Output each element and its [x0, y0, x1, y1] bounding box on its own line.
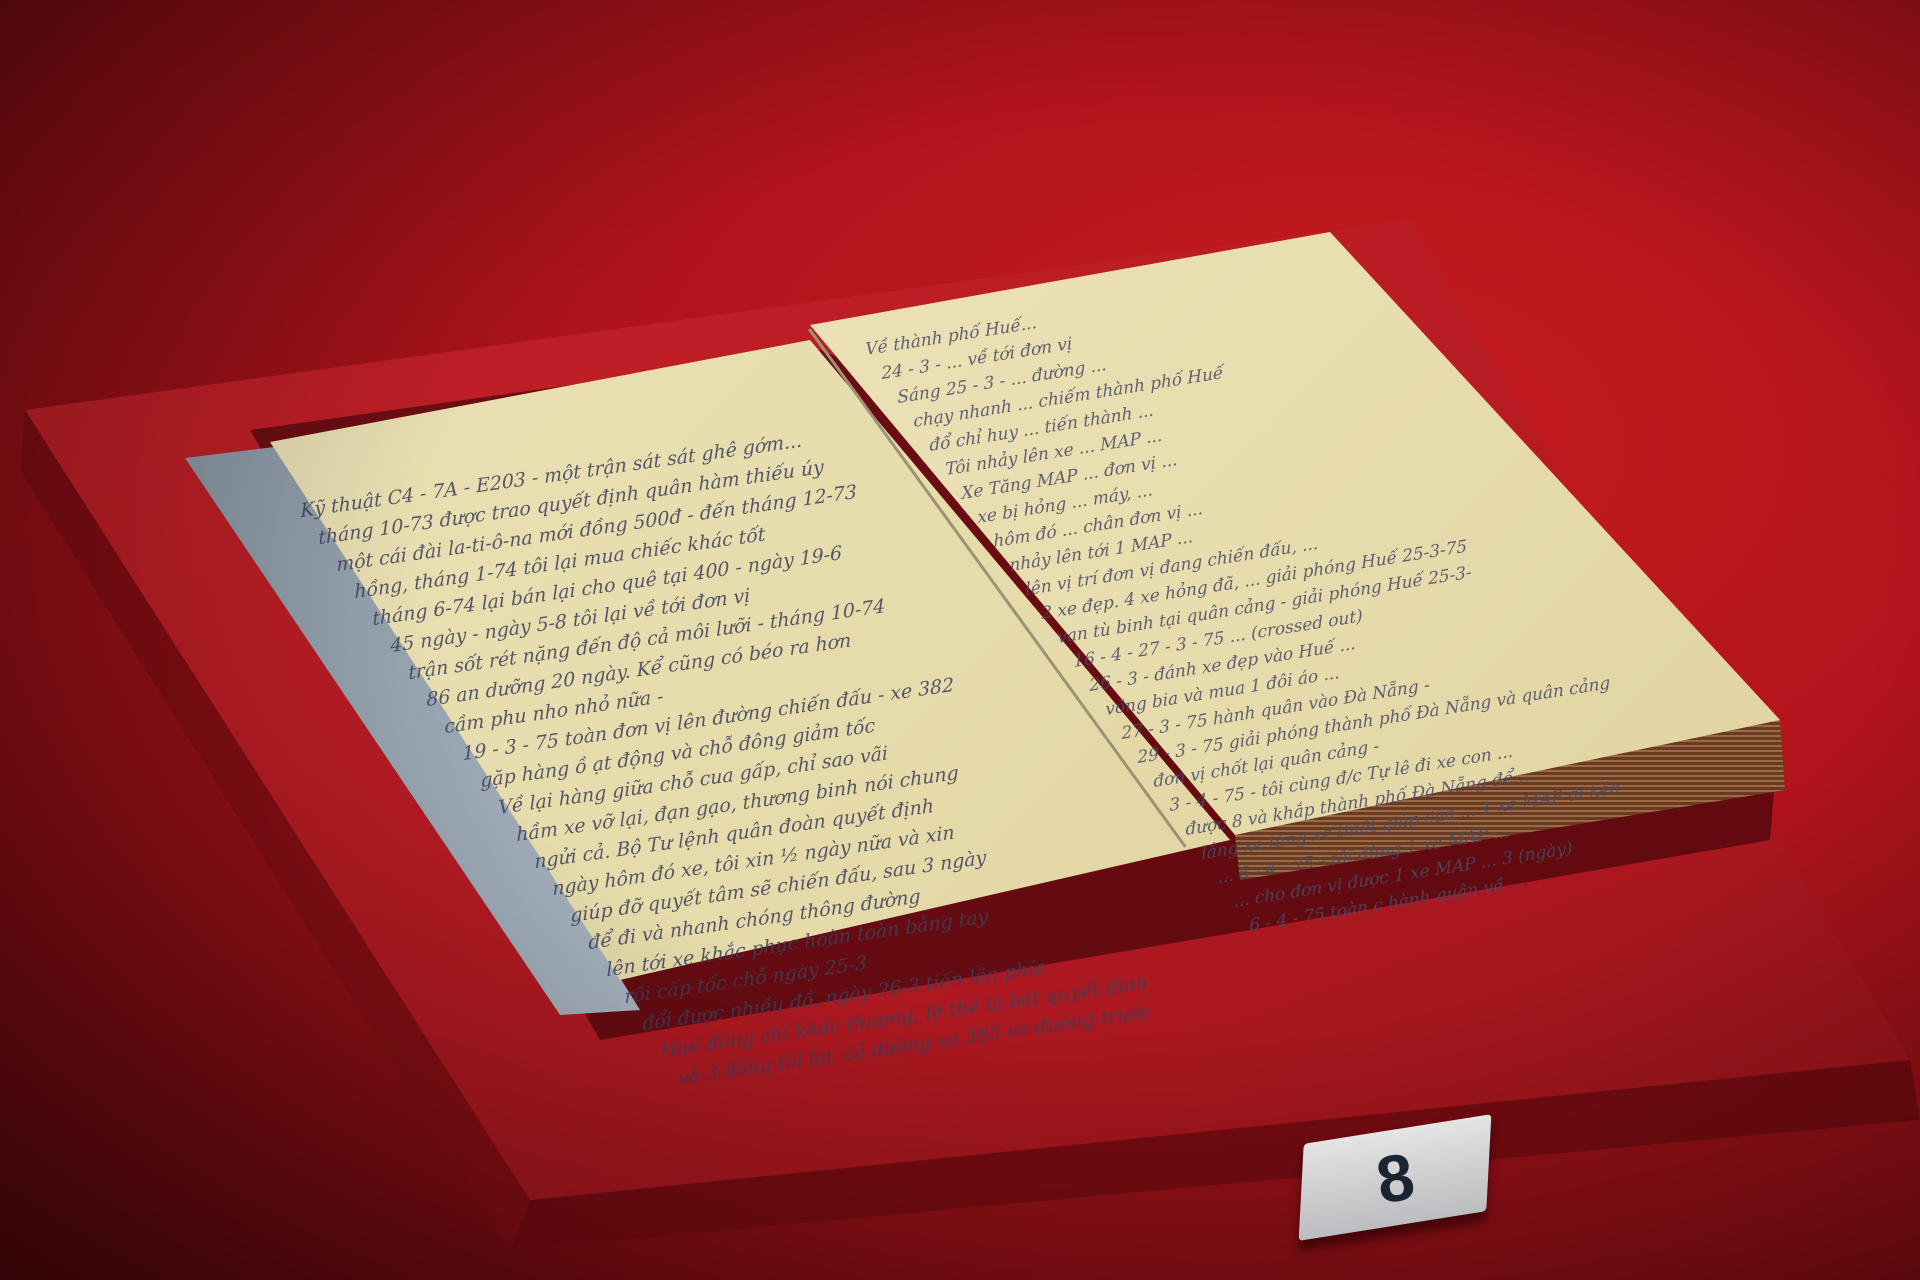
- exhibit-number: 8: [1371, 1137, 1419, 1218]
- museum-display-scene: Kỹ thuật C4 - 7A - E203 - một trận sát s…: [0, 0, 1920, 1280]
